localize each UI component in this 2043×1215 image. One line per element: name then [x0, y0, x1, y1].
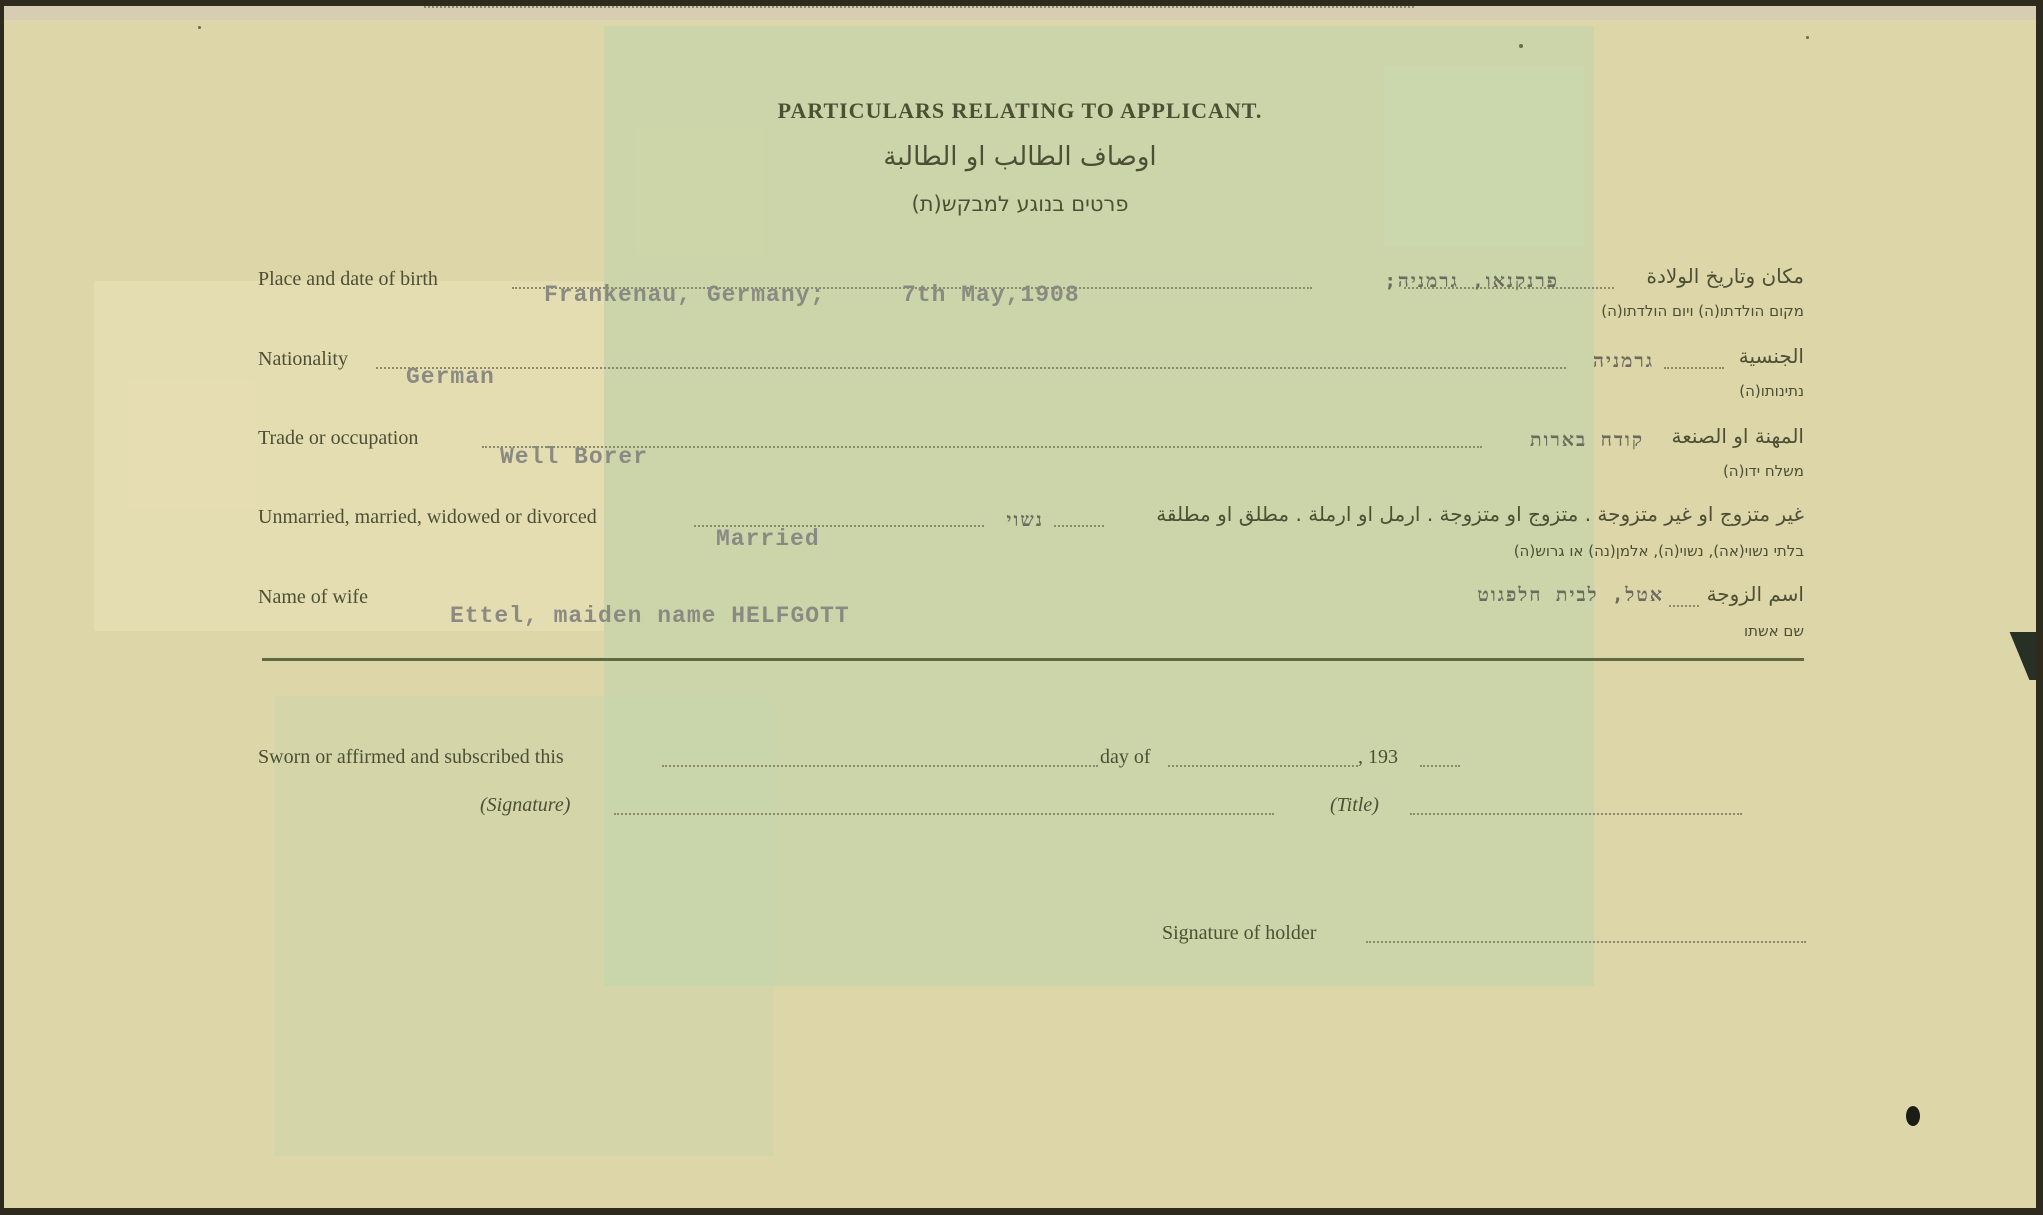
page-title-arabic: اوصاف الطالب او الطالبة — [4, 142, 2036, 172]
speck — [198, 26, 201, 29]
typed-value: German — [406, 364, 495, 390]
field-label-hebrew: שם אשתו — [1604, 622, 1804, 640]
title-label: (Title) — [1330, 794, 1379, 817]
speck — [1519, 44, 1523, 48]
dotted-line — [424, 6, 1414, 8]
field-label-english: Name of wife — [258, 586, 368, 609]
typed-value-hebrew: קודח בארות — [1444, 429, 1644, 452]
field-label-arabic: المهنة او الصنعة — [1644, 424, 1804, 448]
scan-artifact-band — [4, 6, 2036, 20]
field-label-arabic: اسم الزوجة — [1684, 582, 1804, 606]
field-label-hebrew: נתינותו(ה) — [1604, 382, 1804, 400]
oath-month-field[interactable] — [1168, 765, 1358, 767]
torn-edge — [1992, 632, 2036, 680]
document-page: PARTICULARS RELATING TO APPLICANT. اوصاف… — [4, 6, 2036, 1208]
typed-value-hebrew: נשוי — [964, 509, 1044, 532]
field-label-arabic: مكان وتاريخ الولادة — [1624, 264, 1804, 288]
signature-label: (Signature) — [480, 794, 570, 817]
sworn-label: Sworn or affirmed and subscribed this — [258, 746, 564, 769]
oath-day-field[interactable] — [662, 765, 1098, 767]
official-title-field[interactable] — [1410, 813, 1742, 815]
day-of-label: day of — [1100, 746, 1151, 769]
typed-value-date: 7th May,1908 — [902, 282, 1080, 308]
dotted-line — [376, 367, 1566, 369]
page-title-hebrew: פרטים בנוגע למבקש(ת) — [4, 192, 2036, 216]
field-label-english: Unmarried, married, widowed or divorced — [258, 506, 597, 529]
typed-value-hebrew: גרמניה — [1484, 350, 1654, 373]
typed-value-hebrew: פרנקנאו, גרמניה; — [1309, 270, 1559, 293]
field-label-english: Nationality — [258, 348, 348, 371]
official-signature-field[interactable] — [614, 813, 1274, 815]
year-label: , 193 — [1358, 746, 1398, 769]
field-label-arabic: غير متزوج او غير متزوجة . متزوج او متزوج… — [1104, 502, 1804, 526]
typed-value: Ettel, maiden name HELFGOTT — [450, 603, 850, 629]
typed-value: Married — [716, 526, 820, 552]
typed-value: Well Borer — [500, 444, 648, 470]
field-label-hebrew: משלח ידו(ה) — [1604, 462, 1804, 480]
holder-signature-field[interactable] — [1366, 941, 1806, 943]
field-label-hebrew: מקום הולדתו(ה) ויום הולדתו(ה) — [1504, 302, 1804, 320]
oath-year-field[interactable] — [1420, 765, 1460, 767]
typed-value-hebrew: אטל, לבית חלפגוט — [1384, 584, 1664, 607]
field-label-english: Trade or occupation — [258, 427, 418, 450]
page-title-english: PARTICULARS RELATING TO APPLICANT. — [4, 98, 2036, 124]
section-divider — [262, 658, 1804, 661]
field-label-hebrew: בלתי נשוי(אה), נשוי(ה), אלמן(נה) או גרוש… — [1304, 542, 1804, 560]
field-label-arabic: الجنسية — [1684, 344, 1804, 368]
dotted-line — [1054, 525, 1104, 527]
field-label-english: Place and date of birth — [258, 268, 438, 291]
holder-signature-label: Signature of holder — [1162, 922, 1316, 945]
ink-spot — [1906, 1106, 1920, 1126]
typed-value-place: Frankenau, Germany; — [544, 282, 825, 308]
speck — [1806, 36, 1809, 39]
